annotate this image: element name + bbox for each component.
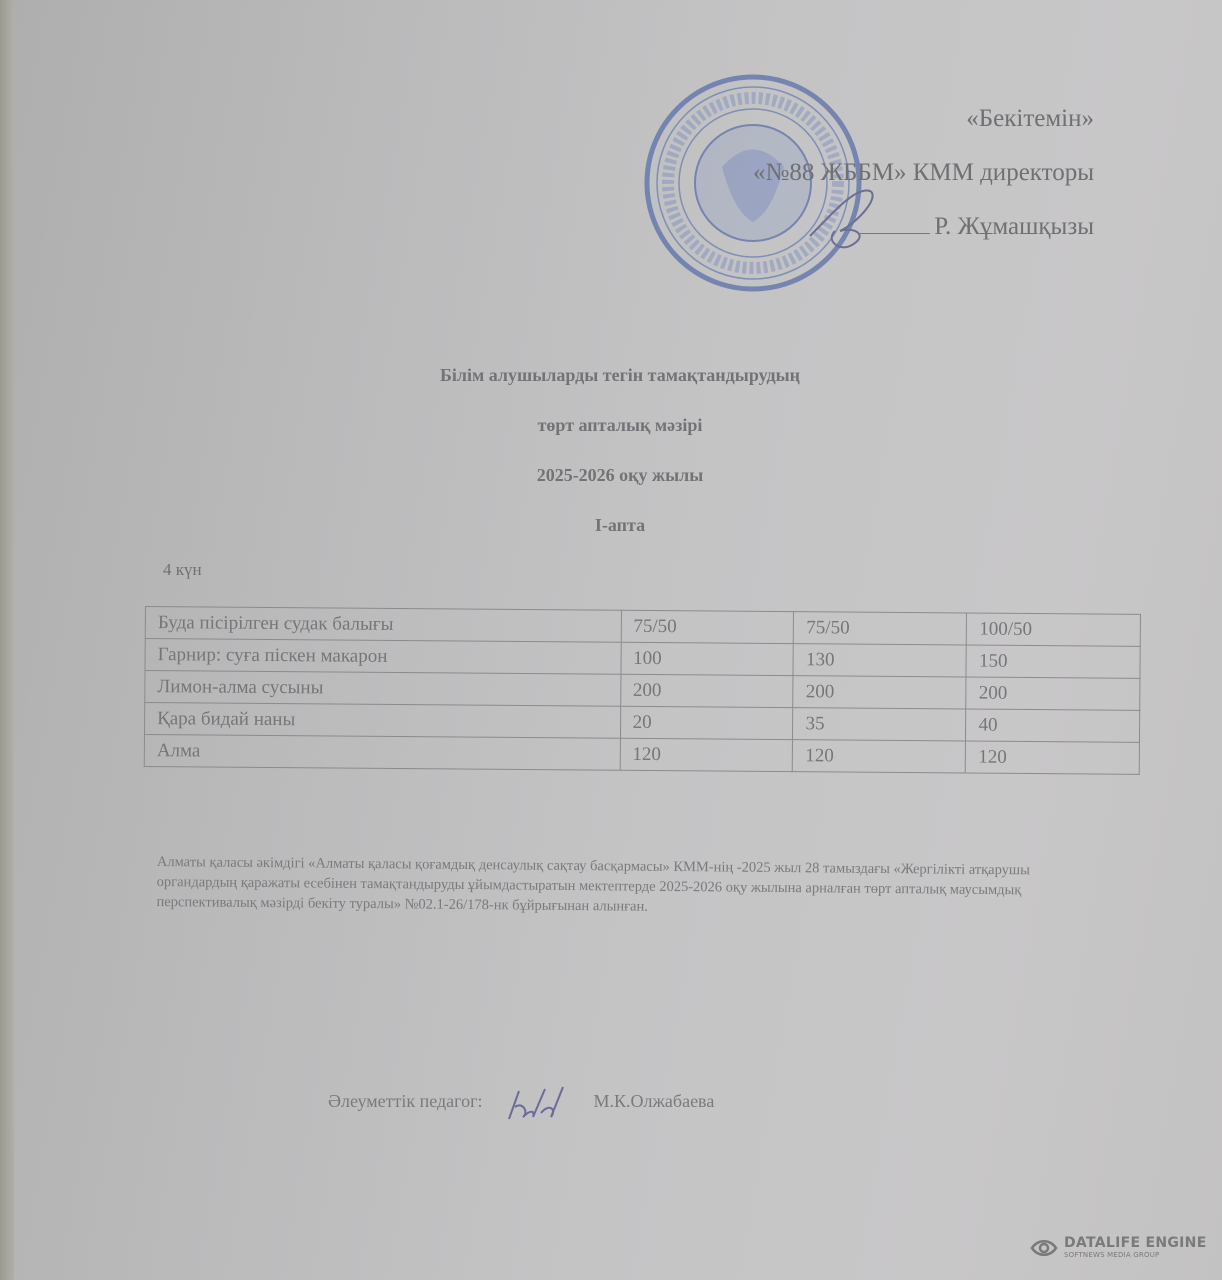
title-academic-year: 2025-2026 оқу жылы <box>360 462 880 512</box>
portion-cell: 150 <box>966 645 1140 678</box>
table-row: Алма120120120 <box>144 734 1139 774</box>
portion-cell: 200 <box>620 674 793 707</box>
portion-cell: 200 <box>966 677 1140 710</box>
datalife-eye-logo-icon <box>1030 1237 1058 1259</box>
portion-cell: 75/50 <box>794 612 967 645</box>
approval-heading: «Бекітемін» <box>753 92 1094 146</box>
source-note: Алматы қаласы әкімдігі «Алматы қаласы қо… <box>156 852 1077 921</box>
paper-edge-shadow <box>0 0 14 1280</box>
watermark-subtitle: SOFTNEWS MEDIA GROUP <box>1064 1251 1207 1259</box>
portion-cell: 20 <box>620 706 793 739</box>
portion-cell: 130 <box>793 644 966 677</box>
portion-cell: 35 <box>793 708 966 741</box>
portion-cell: 100 <box>621 642 794 675</box>
dish-name-cell: Буда пісірілген судак балығы <box>145 607 621 643</box>
title-week: I-апта <box>360 512 880 562</box>
dish-name-cell: Гарнир: суға піскен макарон <box>145 639 621 675</box>
social-pedagogue-signature: Әлеуметтік педагог: М.К.Олжабаева <box>328 1083 714 1123</box>
day-label: 4 күн <box>163 560 202 580</box>
dish-name-cell: Лимон-алма сусыны <box>145 671 621 707</box>
signer-name: М.К.Олжабаева <box>594 1091 715 1111</box>
portion-cell: 75/50 <box>621 610 794 643</box>
portion-cell: 120 <box>620 738 793 771</box>
portion-cell: 120 <box>793 740 966 773</box>
menu-title-block: Білім алушыларды тегін тамақтандырудың т… <box>360 362 880 562</box>
pedagogue-signature-icon <box>501 1083 571 1123</box>
datalife-engine-watermark: DATALIFE ENGINE SOFTNEWS MEDIA GROUP <box>1030 1236 1207 1259</box>
portion-cell: 200 <box>793 676 966 709</box>
dish-name-cell: Қара бидай наны <box>144 703 620 739</box>
title-line-1: Білім алушыларды тегін тамақтандырудың <box>360 362 880 412</box>
portion-cell: 120 <box>966 741 1140 774</box>
portion-cell: 100/50 <box>967 613 1141 646</box>
watermark-title: DATALIFE ENGINE <box>1064 1236 1207 1251</box>
dish-name-cell: Алма <box>144 734 620 770</box>
menu-table: Буда пісірілген судак балығы75/5075/5010… <box>144 606 1141 775</box>
portion-cell: 40 <box>966 709 1140 742</box>
title-line-2: төрт апталық мәзірі <box>360 412 880 462</box>
director-signature-icon <box>800 176 890 256</box>
signer-role: Әлеуметтік педагог: <box>328 1091 483 1111</box>
